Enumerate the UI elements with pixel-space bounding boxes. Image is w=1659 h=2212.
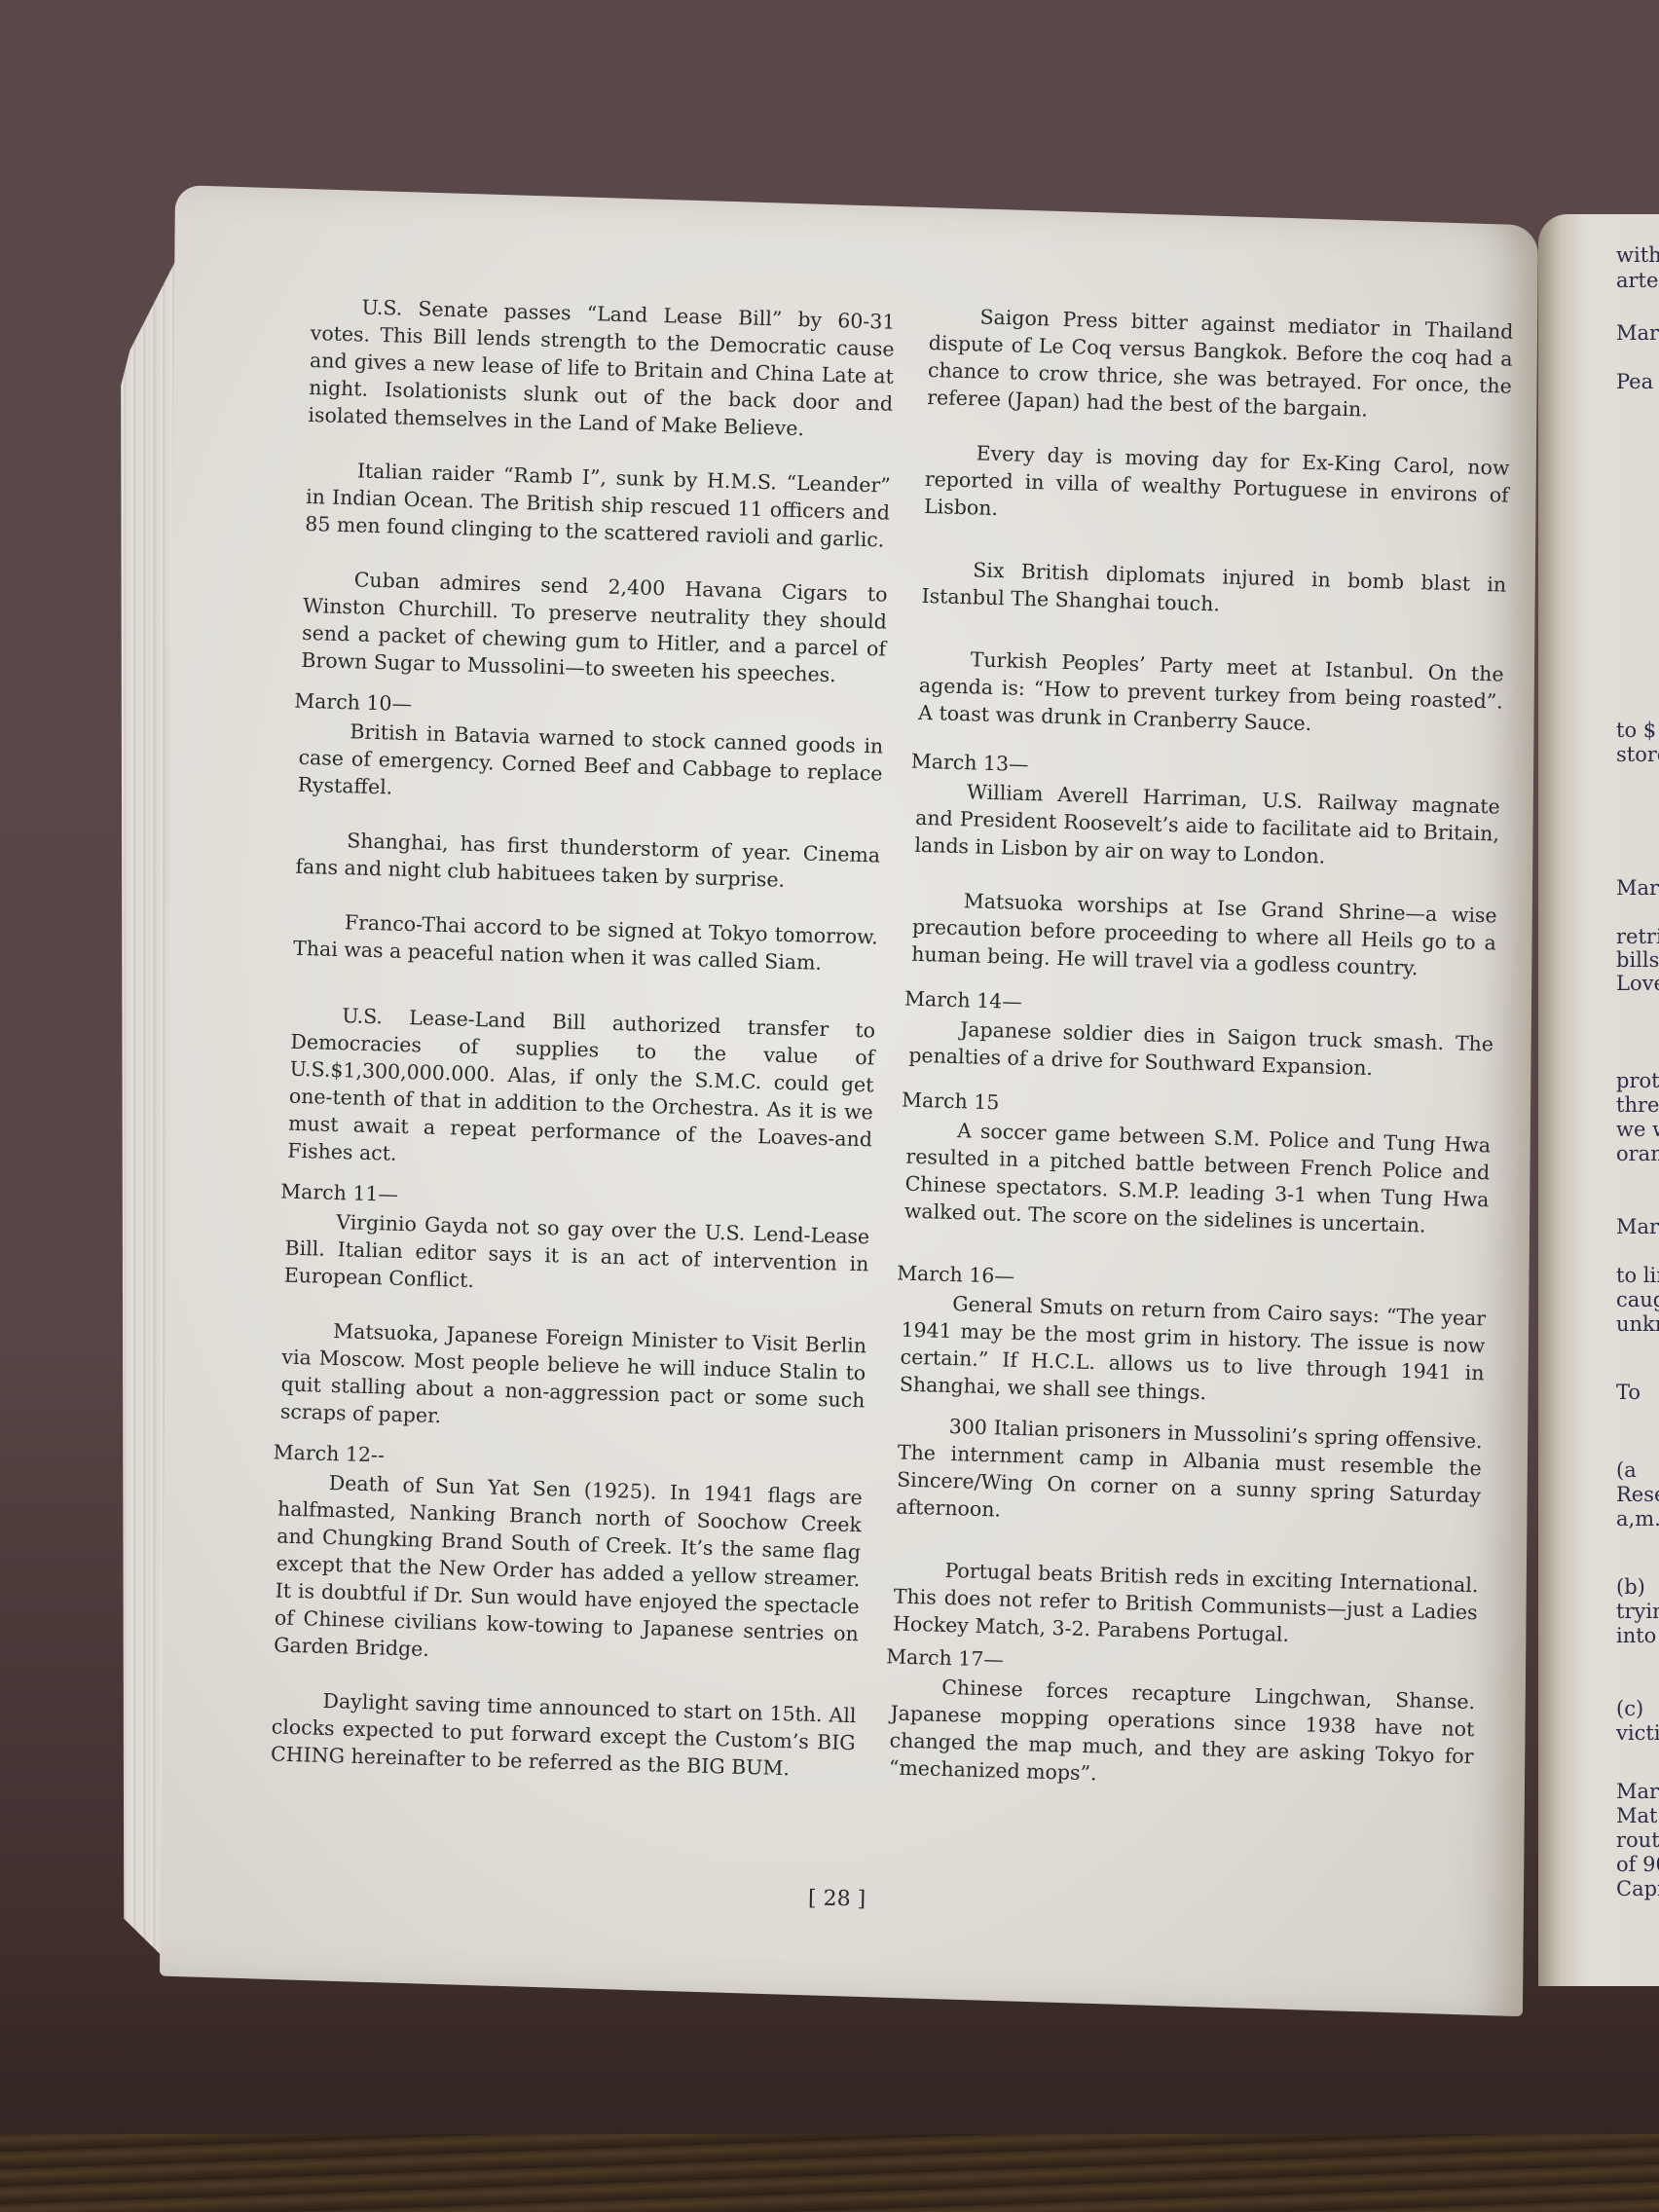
wooden-table-edge [0, 2134, 1659, 2212]
journal-entry: Daylight saving time announced to start … [271, 1685, 857, 1784]
entry-text: General Smuts on return from Cairo says:… [900, 1289, 1487, 1415]
journal-entry: Italian raider “Ramb I”, sunk by H.M.S. … [305, 456, 891, 554]
entry-text: U.S. Lease-Land Bill authorized transfer… [287, 1001, 875, 1181]
journal-entry: March 11— Virginio Gayda not so gay over… [283, 1178, 870, 1306]
facing-fragment: we w [1616, 1120, 1659, 1140]
facing-fragment: Pea [1616, 372, 1653, 392]
right-column: Saigon Press bitter against mediator in … [888, 302, 1514, 1825]
entry-text: British in Batavia warned to stock canne… [297, 717, 883, 815]
journal-entry: March 13— William Averell Harriman, U.S.… [914, 748, 1501, 875]
facing-fragment: store [1616, 745, 1659, 765]
journal-entry: Portugal beats British reds in exciting … [893, 1555, 1479, 1653]
journal-entry: Matsuoka worships at Ise Grand Shrine—a … [911, 886, 1497, 984]
journal-entry: Six British diplomats injured in bomb bl… [921, 555, 1506, 626]
entry-text: Every day is moving day for Ex-King Caro… [924, 438, 1510, 536]
facing-fragment: victims [1616, 1723, 1659, 1744]
entry-text: Turkish Peoples’ Party meet at Istanbul.… [918, 645, 1504, 743]
entry-text: A soccer game between S.M. Police and Tu… [904, 1116, 1492, 1241]
facing-fragment: March 2 [1616, 1782, 1659, 1802]
facing-page: with arte Mar Pea to $ store Marc retri … [1538, 214, 1659, 1986]
entry-text: Virginio Gayda not so gay over the U.S. … [283, 1207, 869, 1306]
entry-text: Death of Sun Yat Sen (1925). In 1941 fla… [274, 1468, 863, 1676]
journal-entry: Franco-Thai accord to be signed at Tokyo… [293, 907, 878, 978]
facing-fragment: threv [1616, 1095, 1659, 1116]
entry-text: Chinese forces recapture Lingchwan, Shan… [889, 1672, 1476, 1797]
entry-text: Portugal beats British reds in exciting … [893, 1555, 1479, 1653]
journal-entry: March 16— General Smuts on return from C… [900, 1260, 1488, 1415]
journal-entry: March 14— Japanese soldier dies in Saigo… [908, 985, 1494, 1086]
facing-fragment: Reserv [1616, 1485, 1659, 1505]
facing-fragment: March [1616, 1217, 1659, 1237]
facing-fragment: arte [1616, 271, 1658, 291]
journal-entry: Shanghai, has first thunderstorm of year… [295, 826, 880, 897]
journal-entry: Saigon Press bitter against mediator in … [927, 302, 1514, 427]
page-number: [ 28 ] [808, 1886, 866, 1911]
entry-text: Matsuoka, Japanese Foreign Minister to V… [279, 1316, 866, 1442]
journal-entry: March 10— British in Batavia warned to s… [297, 687, 884, 815]
journal-entry: 300 Italian prisoners in Mussolini’s spr… [896, 1412, 1483, 1537]
facing-fragment: unkno [1616, 1314, 1659, 1335]
facing-fragment: with [1616, 245, 1659, 266]
journal-entry: March 12-- Death of Sun Yat Sen (1925). … [274, 1439, 864, 1676]
facing-fragment: bills. [1616, 950, 1659, 971]
journal-entry: Turkish Peoples’ Party meet at Istanbul.… [918, 645, 1504, 743]
entry-text: Franco-Thai accord to be signed at Tokyo… [293, 907, 878, 978]
facing-fragment: Love [1616, 974, 1659, 994]
entry-text: Six British diplomats injured in bomb bl… [921, 555, 1506, 626]
facing-fragment: of 90 la [1616, 1855, 1659, 1875]
entry-text: William Averell Harriman, U.S. Railway m… [914, 777, 1500, 875]
entry-text: U.S. Senate passes “Land Lease Bill” by … [308, 292, 896, 445]
facing-fragment: into th [1616, 1626, 1659, 1646]
facing-fragment: Mat [1616, 1806, 1657, 1826]
entry-text: Italian raider “Ramb I”, sunk by H.M.S. … [305, 456, 891, 554]
facing-fragment: to lin [1616, 1266, 1659, 1286]
entry-text: 300 Italian prisoners in Mussolini’s spr… [896, 1412, 1483, 1537]
facing-fragment: (b) [1616, 1577, 1645, 1598]
left-column: U.S. Senate passes “Land Lease Bill” by … [270, 292, 896, 1811]
journal-entry: U.S. Lease-Land Bill authorized transfer… [287, 1001, 875, 1181]
facing-fragment: to $ [1616, 720, 1656, 741]
facing-fragment: route to [1616, 1830, 1659, 1851]
facing-fragment: prote [1616, 1071, 1659, 1091]
entry-text: Saigon Press bitter against mediator in … [927, 302, 1514, 427]
journal-entry: U.S. Senate passes “Land Lease Bill” by … [308, 292, 896, 445]
facing-fragment: caugh [1616, 1290, 1659, 1310]
journal-entry: March 15 A soccer game between S.M. Poli… [904, 1087, 1493, 1241]
journal-entry: Cuban admires send 2,400 Havana Cigars t… [301, 565, 888, 690]
facing-fragment: (c) [1616, 1699, 1643, 1719]
journal-entry: Matsuoka, Japanese Foreign Minister to V… [279, 1316, 866, 1442]
facing-fragment: Mar [1616, 323, 1659, 344]
facing-fragment: trying [1616, 1602, 1659, 1622]
entry-text: Shanghai, has first thunderstorm of year… [295, 826, 880, 897]
facing-fragment: Marc [1616, 878, 1659, 899]
entry-text: Daylight saving time announced to start … [271, 1685, 857, 1784]
facing-fragment: (a [1616, 1460, 1637, 1481]
journal-entry: Every day is moving day for Ex-King Caro… [924, 438, 1510, 536]
facing-fragment: a,m. [1616, 1509, 1659, 1530]
facing-fragment: Capital. [1616, 1879, 1659, 1899]
entry-text: Cuban admires send 2,400 Havana Cigars t… [301, 565, 888, 690]
facing-fragment: orang [1616, 1144, 1659, 1164]
facing-fragment: retri [1616, 927, 1659, 947]
journal-entry: March 17— Chinese forces recapture Lingc… [889, 1642, 1477, 1797]
entry-text: Matsuoka worships at Ise Grand Shrine—a … [911, 886, 1497, 984]
facing-fragment: To [1616, 1382, 1641, 1403]
